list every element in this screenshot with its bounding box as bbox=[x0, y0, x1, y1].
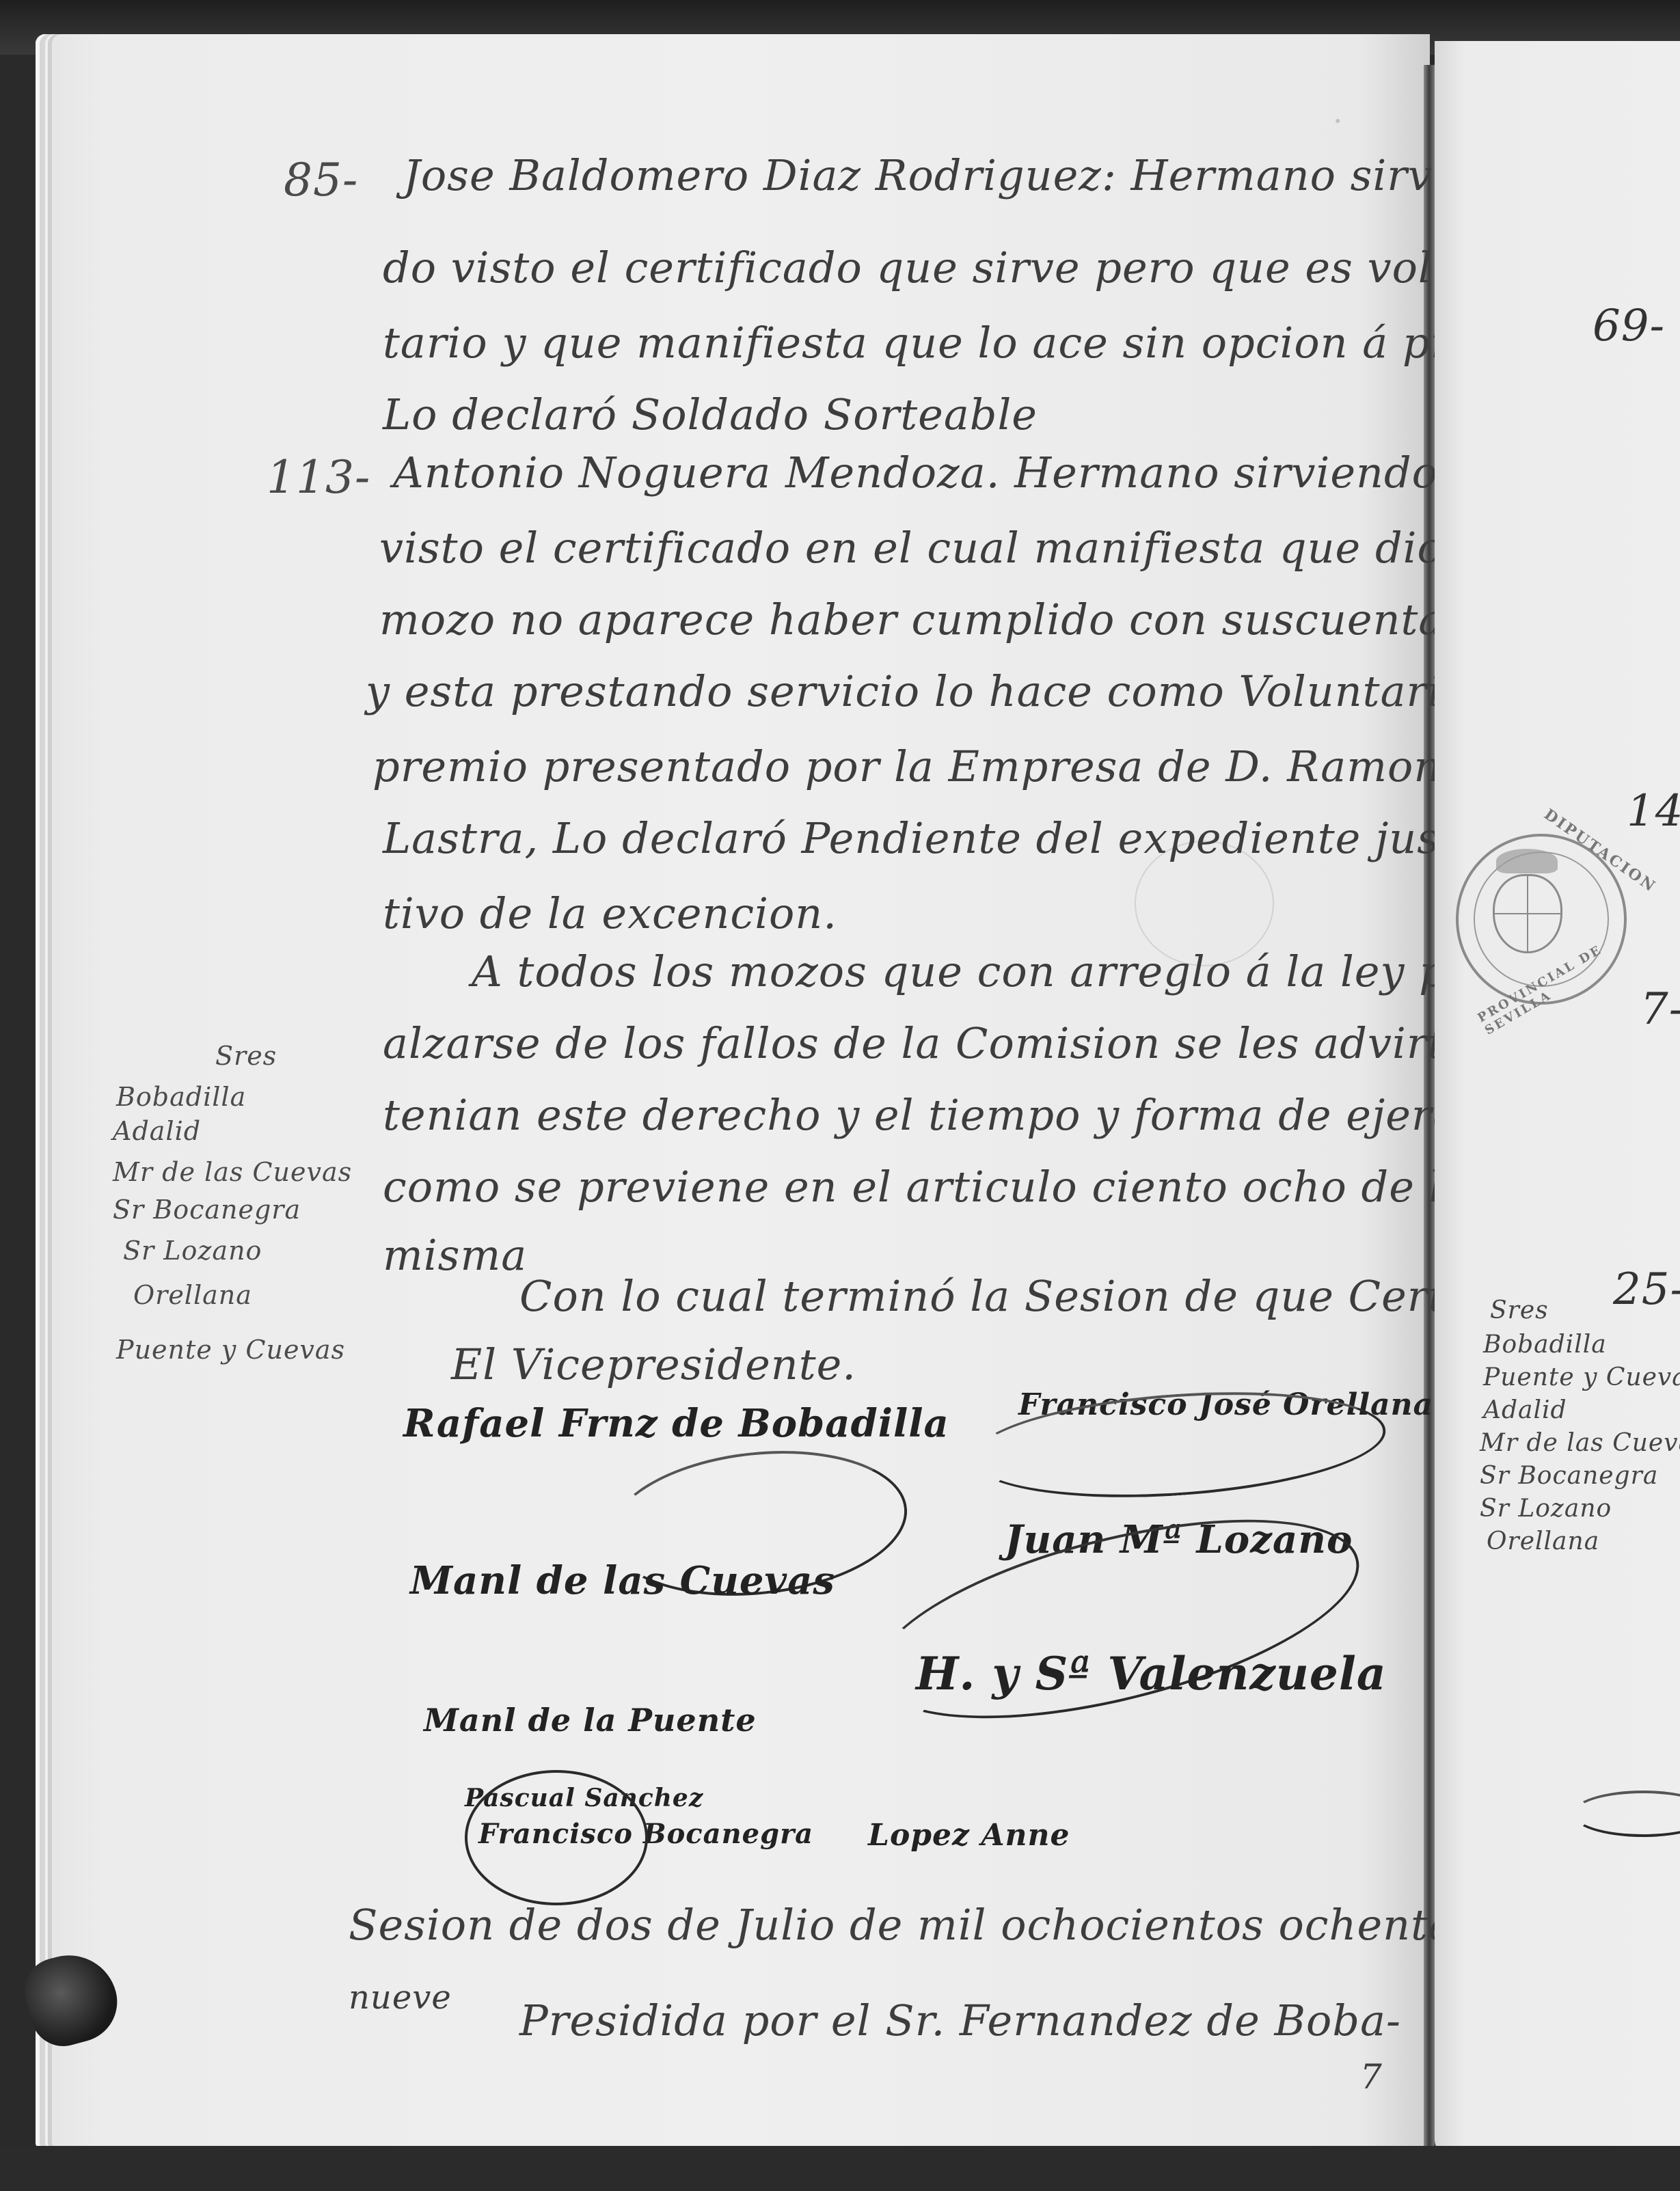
entry-line: Jose Baldomero Diaz Rodriguez: Hermano s… bbox=[403, 150, 1515, 200]
signature-flourish bbox=[465, 1770, 648, 1905]
signature: Rafael Frnz de Bobadilla bbox=[403, 1401, 949, 1446]
signature: Manl de la Puente bbox=[424, 1702, 757, 1739]
official-seal-stamp: DIPUTACION PROVINCIAL DE SEVILLA bbox=[1456, 834, 1627, 1005]
right-margin-heading: Sres bbox=[1490, 1295, 1549, 1326]
entry-line: tario y que manifiesta que lo ace sin op… bbox=[383, 318, 1558, 368]
right-margin-name: Bobadilla bbox=[1483, 1329, 1607, 1361]
margin-note-name: Sr Lozano bbox=[123, 1234, 262, 1268]
paragraph-line: alzarse de los fallos de la Comision se … bbox=[383, 1018, 1582, 1068]
ghost-page-number: · bbox=[1333, 103, 1343, 139]
coat-of-arms-icon bbox=[1493, 874, 1562, 953]
session-line: nueve bbox=[349, 1978, 452, 2017]
crown-icon bbox=[1496, 849, 1558, 873]
entry-line: y esta prestando servicio lo hace como V… bbox=[366, 666, 1547, 716]
paragraph-line: misma bbox=[383, 1230, 527, 1280]
signature: Lopez Anne bbox=[868, 1818, 1070, 1853]
right-margin-name: Mr de las Cuevas bbox=[1480, 1428, 1680, 1459]
desk-background-bottom bbox=[0, 2146, 1680, 2191]
paragraph-line: tenian este derecho y el tiempo y forma … bbox=[383, 1090, 1576, 1140]
margin-note-heading: Sres bbox=[215, 1039, 277, 1073]
paragraph-line: como se previene en el articulo ciento o… bbox=[383, 1162, 1469, 1212]
entry-line: Antonio Noguera Mendoza. Hermano sirvien… bbox=[393, 448, 1438, 498]
margin-note-name: Mr de las Cuevas bbox=[113, 1155, 352, 1189]
signature: H. y Sª Valenzuela bbox=[916, 1647, 1387, 1700]
entry-line: visto el certificado en el cual manifies… bbox=[379, 523, 1495, 573]
margin-note-name: Puente y Cuevas bbox=[116, 1333, 345, 1367]
page-marker: 7 bbox=[1360, 2057, 1383, 2097]
entry-line: premio presentado por la Empresa de D. R… bbox=[372, 741, 1591, 791]
entry-line: Lastra, Lo declaró Pendiente del expedie… bbox=[383, 813, 1567, 863]
signature: Manl de las Cuevas bbox=[410, 1558, 835, 1603]
entry-number: 85- bbox=[284, 154, 358, 206]
right-entry-number: 69- bbox=[1593, 301, 1665, 351]
session-line: Presidida por el Sr. Fernandez de Boba- bbox=[519, 1996, 1401, 2045]
entry-line: do visto el certificado que sirve pero q… bbox=[383, 243, 1504, 292]
right-margin-name: Sr Bocanegra bbox=[1480, 1460, 1658, 1492]
right-entry-number: 7- bbox=[1640, 984, 1680, 1035]
right-page bbox=[1435, 41, 1680, 2160]
margin-note-name: Bobadilla bbox=[116, 1080, 246, 1114]
vicepresident-label: El Vicepresidente. bbox=[451, 1339, 856, 1389]
margin-note-name: Orellana bbox=[133, 1278, 252, 1312]
entry-number: 113- bbox=[267, 451, 370, 504]
right-margin-name: Sr Lozano bbox=[1480, 1493, 1612, 1525]
right-entry-number: 14 bbox=[1627, 786, 1680, 836]
right-margin-name: Puente y Cuevas bbox=[1483, 1362, 1680, 1393]
paragraph-line: A todos los mozos que con arreglo á la l… bbox=[472, 947, 1569, 996]
session-line: Sesion de dos de Julio de mil ochociento… bbox=[349, 1900, 1493, 1950]
margin-note-name: Sr Bocanegra bbox=[113, 1193, 301, 1227]
right-margin-name: Adalid bbox=[1483, 1395, 1567, 1426]
right-entry-number: 25- bbox=[1613, 1264, 1680, 1315]
entry-line: tivo de la excencion. bbox=[383, 888, 837, 938]
entry-line: Lo declaró Soldado Sorteable bbox=[383, 390, 1038, 439]
right-margin-name: Orellana bbox=[1487, 1526, 1599, 1557]
margin-note-name: Adalid bbox=[113, 1114, 201, 1148]
